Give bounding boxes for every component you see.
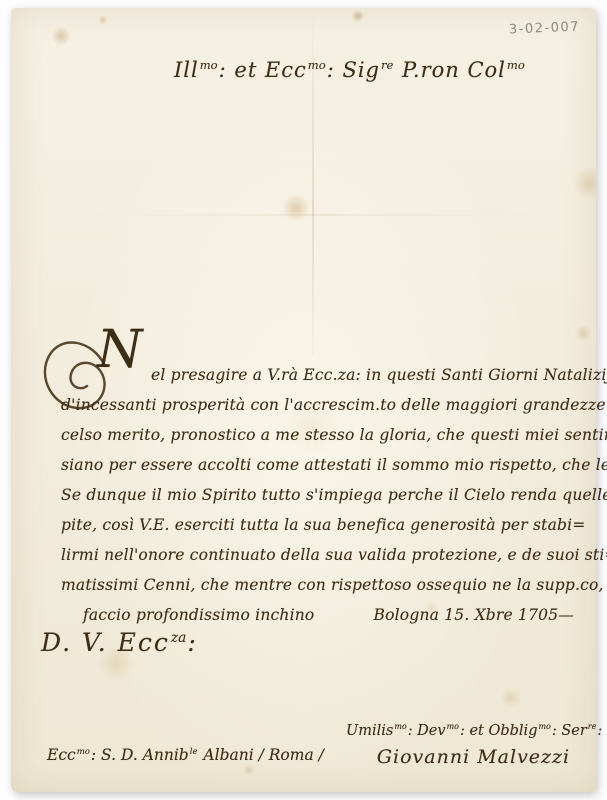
letter-paper: 3-02-007 Illmo: et Eccmo: Sigre P.ron Co…	[11, 8, 596, 792]
salutation-text: : Sig	[327, 58, 380, 82]
body-line: pite, così V.E. eserciti tutta la sua be…	[43, 510, 588, 540]
salutation-superscript: mo	[506, 58, 526, 72]
closing-text: D. V. Ecc	[41, 628, 170, 657]
signature-block: Umilismo: Devmo: et Obbligmo: Serre: Gio…	[346, 722, 601, 768]
signature-superscript: mo	[393, 722, 407, 731]
address-text: : S. D. Annib	[91, 746, 189, 764]
address-superscript: mo	[76, 747, 91, 757]
salutation-text: : et Ecc	[219, 58, 307, 82]
body-line: d'incessanti prosperità con l'accrescim.…	[43, 390, 588, 420]
body-line: matissimi Cenni, che mentre con rispetto…	[43, 570, 588, 600]
signature-text: : Ser	[552, 723, 587, 739]
scan-background: 3-02-007 Illmo: et Eccmo: Sigre P.ron Co…	[0, 0, 607, 800]
closing-formula: D. V. Eccza:	[41, 628, 198, 657]
signature-text: :	[597, 723, 602, 739]
signature-text: : et Obblig	[460, 723, 538, 739]
signature-superscript: mo	[537, 722, 551, 731]
body-line: el presagire a V.rà Ecc.za: in questi Sa…	[43, 360, 588, 390]
catalog-number: 3-02-007	[509, 19, 581, 37]
salutation: Illmo: et Eccmo: Sigre P.ron Colmo	[174, 58, 526, 82]
signature-formula: Umilismo: Devmo: et Obbligmo: Serre:	[346, 722, 601, 739]
signature-text: : Dev	[408, 723, 446, 739]
salutation-superscript: mo	[199, 58, 219, 72]
signature-superscript: mo	[446, 722, 460, 731]
salutation-superscript: re	[380, 58, 394, 72]
body-line: faccio profondissimo inchino	[83, 600, 314, 630]
salutation-text: Ill	[174, 58, 199, 82]
address-line: Eccmo: S. D. Annible Albani / Roma /	[47, 746, 324, 764]
body-line: celso merito, pronostico a me stesso la …	[43, 420, 588, 450]
signature-superscript: re	[587, 722, 598, 731]
address-superscript: le	[189, 747, 199, 757]
signature-text: Umilis	[346, 723, 393, 739]
body-line: Se dunque il mio Spirito tutto s'impiega…	[43, 480, 588, 510]
horizontal-fold-crease	[71, 214, 551, 216]
body-last-row: faccio profondissimo inchino Bologna 15.…	[43, 600, 588, 630]
dateline: Bologna 15. Xbre 1705—	[374, 600, 574, 630]
closing-text: :	[187, 628, 197, 657]
salutation-superscript: mo	[307, 58, 327, 72]
body-line: lirmi nell'onore continuato della sua va…	[43, 540, 588, 570]
address-text: Ecc	[47, 746, 76, 764]
signature-name: Giovanni Malvezzi	[346, 746, 601, 768]
closing-superscript: za	[170, 630, 187, 646]
salutation-text: P.ron Col	[394, 58, 506, 82]
address-text: Albani / Roma /	[199, 746, 324, 764]
letter-body: el presagire a V.rà Ecc.za: in questi Sa…	[43, 360, 588, 630]
body-line: siano per essere accolti come attestati …	[43, 450, 588, 480]
